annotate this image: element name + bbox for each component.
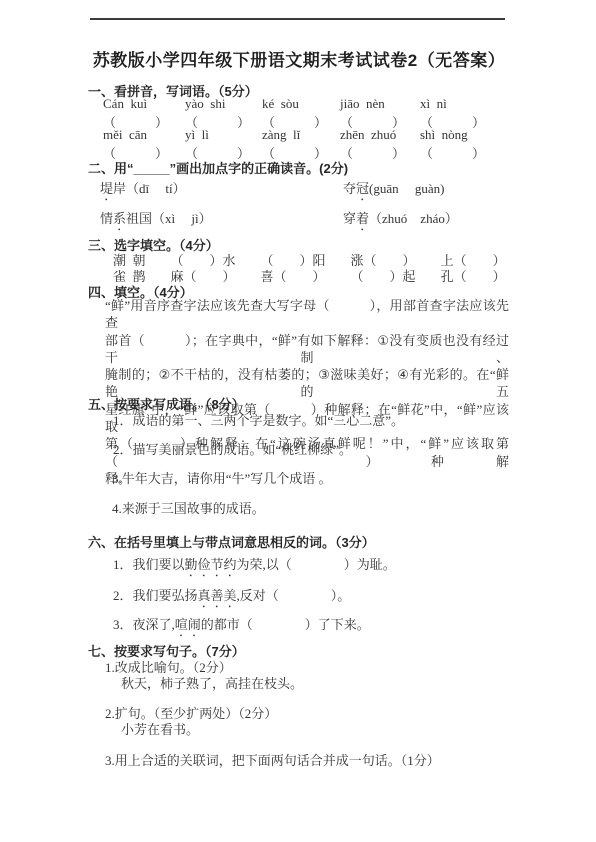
pinyin-syllable: Cán kuì: [103, 96, 185, 112]
dictionary-paragraph: “鲜”用音序查字法应该先查大写字母（ ），用部首查字法应该先查 部首（ ）；在字…: [105, 297, 509, 487]
item-text: 2．我们要弘扬: [113, 588, 198, 603]
idiom-task-1: 1．成语的第一、三两个字是数字。如“三心二意”。: [113, 410, 404, 429]
item-text: 的都市（ ）了下来。: [201, 617, 370, 632]
top-rule: [90, 18, 505, 20]
pronunciation-item: 情系祖国（xì jì）: [100, 208, 343, 234]
fill-blank: 喜（ ）: [261, 266, 326, 285]
item-text: （zhuó zháo）: [369, 211, 458, 226]
pinyin-row-1: Cán kuì yào shi ké sòu jiāo nèn xì nì: [103, 96, 492, 112]
page-title: 苏教版小学四年级下册语文期末考试试卷2（无答案）: [86, 46, 512, 71]
dotted-char: 着: [356, 211, 369, 226]
pinyin-syllable: yì lì: [185, 127, 262, 143]
antonym-item-2: 2．我们要弘扬真善美,反对（ ）。: [113, 585, 350, 611]
pinyin-syllable: yào shi: [185, 96, 262, 112]
pinyin-syllable: ké sòu: [262, 96, 340, 112]
pinyin-row-2: měi cān yì lì zàng lǐ zhēn zhuó shì nòng: [103, 127, 492, 143]
pinyin-syllable: xì nì: [420, 96, 492, 112]
fill-blank: 孔（ ）: [441, 266, 506, 285]
sentence-task-1-text: 秋天，柿子熟了，高挂在枝头。: [121, 673, 303, 692]
item-text: 3．夜深了,: [113, 617, 175, 632]
paragraph-line: 部首（ ）；在字典中，“鲜”有如下解释：①没有变质也没有经过干制、: [105, 332, 509, 367]
item-text: 为荣,以（ ）为耻。: [237, 557, 396, 572]
idiom-task-2: 2．描写美丽景色的成语。如“桃红柳绿”。: [113, 439, 352, 458]
dotted-word: 喧闹: [175, 617, 201, 632]
antonym-item-1: 1．我们要以勤俭节约为荣,以（ ）为耻。: [113, 554, 396, 580]
pinyin-syllable: zhēn zhuó: [340, 127, 420, 143]
section-2-heading: 二、用“_____”画出加点字的正确读音。(2分): [88, 158, 348, 177]
item-text: 1．我们要以: [113, 557, 185, 572]
pinyin-syllable: zàng lǐ: [262, 127, 340, 143]
section-6-heading: 六、在括号里填上与带点词意思相反的词。（3分）: [88, 532, 375, 551]
pronunciation-item: 堤岸（dī tí）: [100, 178, 343, 204]
exam-page: 苏教版小学四年级下册语文期末考试试卷2（无答案） 一、看拼音，写词语。（5分） …: [0, 0, 596, 842]
item-text: 夺: [343, 181, 356, 196]
pinyin-syllable: jiāo nèn: [340, 96, 420, 112]
item-text: 祖国（xì jì）: [126, 211, 212, 226]
paragraph-line: “鲜”用音序查字法应该先查大写字母（ ），用部首查字法应该先查: [105, 297, 509, 332]
pronunciation-row-2: 情系祖国（xì jì） 穿着（zhuó zháo）: [100, 208, 512, 234]
item-text: 穿: [343, 211, 356, 226]
item-text: ,反对（ ）。: [237, 588, 351, 603]
pronunciation-item: 夺冠(guān guàn): [343, 178, 444, 204]
pronunciation-item: 穿着（zhuó zháo）: [343, 208, 458, 234]
answer-blank: （ ）: [340, 143, 420, 162]
pinyin-syllable: shì nòng: [420, 127, 492, 143]
antonym-item-3: 3．夜深了,喧闹的都市（ ）了下来。: [113, 614, 370, 640]
item-text: (guān guàn): [369, 181, 444, 196]
pinyin-syllable: měi cān: [103, 127, 185, 143]
item-text: 岸（dī tí）: [113, 181, 186, 196]
dotted-char: 系: [113, 211, 126, 226]
sentence-task-2-text: 小芳在看书。: [121, 719, 199, 738]
idiom-task-4: 4.来源于三国故事的成语。: [112, 498, 265, 517]
dotted-char: 堤: [100, 181, 113, 196]
dotted-word: 勤俭节约: [185, 557, 237, 572]
item-text: 情: [100, 211, 113, 226]
idiom-task-3: 3.牛年大吉，请你用“牛”写几个成语 。: [112, 468, 332, 487]
dotted-word: 真善美: [198, 588, 237, 603]
dotted-char: 冠: [356, 181, 369, 196]
fill-blank: （ ）起: [351, 266, 416, 285]
pronunciation-row-1: 堤岸（dī tí） 夺冠(guān guàn): [100, 178, 512, 204]
sentence-task-3-label: 3.用上合适的关联词，把下面两句话合并成一句话。（1分）: [105, 750, 440, 769]
answer-blank: （ ）: [420, 143, 492, 162]
